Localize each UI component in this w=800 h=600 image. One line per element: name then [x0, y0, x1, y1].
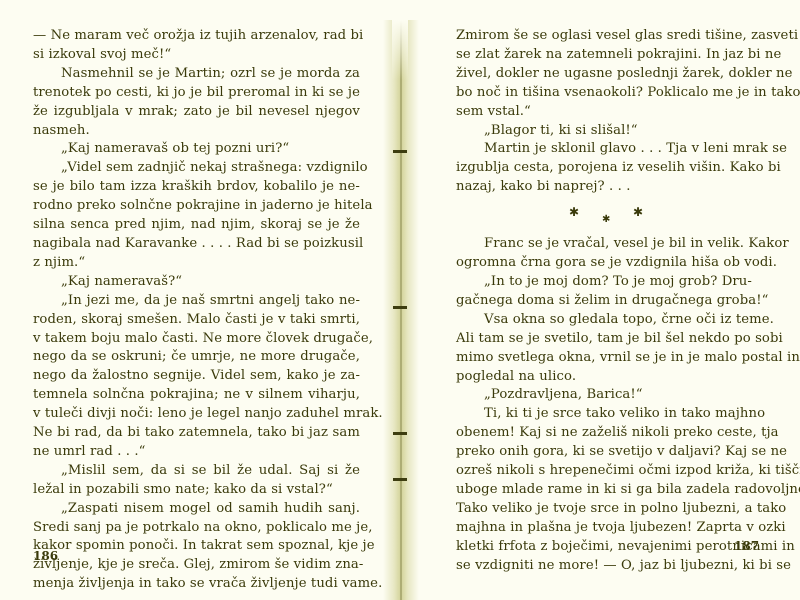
binding-stitch — [393, 150, 407, 153]
text-line: življenje, kje je sreča. Glej, zmirom še… — [33, 556, 360, 575]
text-line: Martin je sklonil glavo . . . Tja v leni… — [456, 140, 750, 159]
text-line: nego da žalostno segnije. Videl sem, kak… — [33, 367, 360, 386]
text-line: nagibala nad Karavanke . . . . Rad bi se… — [33, 235, 360, 254]
paragraph: Ti, ki ti je srce tako veliko in tako ma… — [456, 405, 750, 575]
text-line: si izkoval svoj meč!“ — [33, 46, 360, 65]
text-line: Zmirom še se oglasi vesel glas sredi tiš… — [456, 27, 750, 46]
left-page: — Ne maram več orožja iz tujih arzenalov… — [33, 27, 360, 594]
text-line: Vsa okna so gledala topo, črne oči iz te… — [456, 311, 750, 330]
binding-stitch — [393, 478, 407, 481]
text-line: Nasmehnil se je Martin; ozrl se je morda… — [33, 65, 360, 84]
binding-stitch — [393, 306, 407, 309]
paragraph: „Blagor ti, ki si slišal!“ — [456, 122, 750, 141]
text-line: „In to je moj dom? To je moj grob? Dru- — [456, 273, 750, 292]
paragraph: — Ne maram več orožja iz tujih arzenalov… — [33, 27, 360, 65]
text-line: Franc se je vračal, vesel je bil in veli… — [456, 235, 750, 254]
text-line: kletki frfota z boječimi, nevajenimi per… — [456, 538, 750, 557]
paragraph: „Videl sem zadnjič nekaj strašnega: vzdi… — [33, 159, 360, 272]
text-line: se vzdigniti ne more! — O, jaz bi ljubez… — [456, 557, 750, 576]
text-line: „Kaj nameravaš?“ — [33, 273, 360, 292]
text-line: ogromna črna gora se je vzdignila hiša o… — [456, 254, 750, 273]
text-line: — Ne maram več orožja iz tujih arzenalov… — [33, 27, 360, 46]
paragraph: Vsa okna so gledala topo, črne oči iz te… — [456, 311, 750, 387]
text-line: se zlat žarek na zatemneli pokrajini. In… — [456, 46, 750, 65]
paragraph: „Kaj nameravaš ob tej pozni uri?“ — [33, 140, 360, 159]
section-break-star: ✱ — [633, 203, 643, 222]
text-line: Ali tam se je svetilo, tam je bil šel ne… — [456, 330, 750, 349]
text-line: roden, skoraj smešen. Malo časti je v ta… — [33, 311, 360, 330]
paragraph: „In jezi me, da je naš smrtni angelj tak… — [33, 292, 360, 462]
text-line: bo noč in tišina vsenaokoli? Poklicalo m… — [456, 84, 750, 103]
text-line: ležal in pozabili smo nate; kako da si v… — [33, 481, 360, 500]
text-line: nazaj, kako bi naprej? . . . — [456, 178, 750, 197]
text-line: ne umrl rad . . .“ — [33, 443, 360, 462]
text-line: nasmeh. — [33, 122, 360, 141]
right-page: Zmirom še se oglasi vesel glas sredi tiš… — [456, 27, 750, 575]
text-line: majhna in plašna je tvoja ljubezen! Zapr… — [456, 519, 750, 538]
text-line: kakor spomin ponoči. In takrat sem spozn… — [33, 537, 360, 556]
paragraph: Franc se je vračal, vesel je bil in veli… — [456, 235, 750, 273]
text-line: že izgubljala v mrak; zato je bil nevese… — [33, 103, 360, 122]
left-page-number: 186 — [33, 549, 58, 563]
paragraph: „Pozdravljena, Barica!“ — [456, 386, 750, 405]
text-line: „In jezi me, da je naš smrtni angelj tak… — [33, 292, 360, 311]
book-spread: — Ne maram več orožja iz tujih arzenalov… — [0, 0, 800, 600]
section-break-star: ✱ — [602, 211, 610, 230]
text-line: živel, dokler ne ugasne poslednji žarek,… — [456, 65, 750, 84]
text-line: trenotek po cesti, ki jo je bil preromal… — [33, 84, 360, 103]
text-line: sem vstal.“ — [456, 103, 750, 122]
text-line: „Pozdravljena, Barica!“ — [456, 386, 750, 405]
right-page-text-after-break: Franc se je vračal, vesel je bil in veli… — [456, 235, 750, 575]
text-line: „Mislil sem, da si se bil že udal. Saj s… — [33, 462, 360, 481]
text-line: „Kaj nameravaš ob tej pozni uri?“ — [33, 140, 360, 159]
paragraph: Zmirom še se oglasi vesel glas sredi tiš… — [456, 27, 750, 122]
text-line: obenem! Kaj si ne zaželiš nikoli preko c… — [456, 424, 750, 443]
text-line: „Zaspati nisem mogel od samih hudih sanj… — [33, 500, 360, 519]
paragraph: „Mislil sem, da si se bil že udal. Saj s… — [33, 462, 360, 500]
text-line: z njim.“ — [33, 254, 360, 273]
text-line: mimo svetlega okna, vrnil se je in je ma… — [456, 349, 750, 368]
right-page-text-before-break: Zmirom še se oglasi vesel glas sredi tiš… — [456, 27, 750, 197]
text-line: preko onih gora, ki se svetijo v daljavi… — [456, 443, 750, 462]
gutter-fade — [392, 20, 408, 80]
right-page-number: 187 — [734, 539, 759, 553]
text-line: „Videl sem zadnjič nekaj strašnega: vzdi… — [33, 159, 360, 178]
text-line: izgublja cesta, porojena iz veselih viši… — [456, 159, 750, 178]
text-line: silna senca pred njim, nad njim, skoraj … — [33, 216, 360, 235]
section-break: ✱ ✱ ✱ — [456, 197, 750, 235]
text-line: uboge mlade rame in ki si ga bila zadela… — [456, 481, 750, 500]
text-line: v tuleči divji noči: leno je legel nanjo… — [33, 405, 360, 424]
text-line: se je bilo tam izza kraških brdov, kobal… — [33, 178, 360, 197]
paragraph: „Zaspati nisem mogel od samih hudih sanj… — [33, 500, 360, 595]
text-line: gačnega doma si želim in drugačnega grob… — [456, 292, 750, 311]
text-line: „Blagor ti, ki si slišal!“ — [456, 122, 750, 141]
text-line: Tako veliko je tvoje srce in polno ljube… — [456, 500, 750, 519]
text-line: Sredi sanj pa je potrkalo na okno, pokli… — [33, 519, 360, 538]
binding-stitch — [393, 432, 407, 435]
text-line: v takem boju malo časti. Ne more človek … — [33, 330, 360, 349]
text-line: nego da se oskruni; če umrje, ne more dr… — [33, 348, 360, 367]
book-gutter — [383, 20, 419, 600]
text-line: Ne bi rad, da bi tako zatemnela, tako bi… — [33, 424, 360, 443]
text-line: Ti, ki ti je srce tako veliko in tako ma… — [456, 405, 750, 424]
paragraph: Nasmehnil se je Martin; ozrl se je morda… — [33, 65, 360, 141]
text-line: rodno preko solnčne pokrajine in jaderno… — [33, 197, 360, 216]
paragraph: Martin je sklonil glavo . . . Tja v leni… — [456, 140, 750, 197]
paragraph: „In to je moj dom? To je moj grob? Dru-g… — [456, 273, 750, 311]
text-line: pogledal na ulico. — [456, 368, 750, 387]
text-line: menja življenja in tako se vrača življen… — [33, 575, 360, 594]
text-line: ozreš nikoli s hrepenečimi očmi izpod kr… — [456, 462, 750, 481]
paragraph: „Kaj nameravaš?“ — [33, 273, 360, 292]
text-line: temnela solnčna pokrajina; ne v silnem v… — [33, 386, 360, 405]
section-break-star: ✱ — [569, 203, 579, 222]
